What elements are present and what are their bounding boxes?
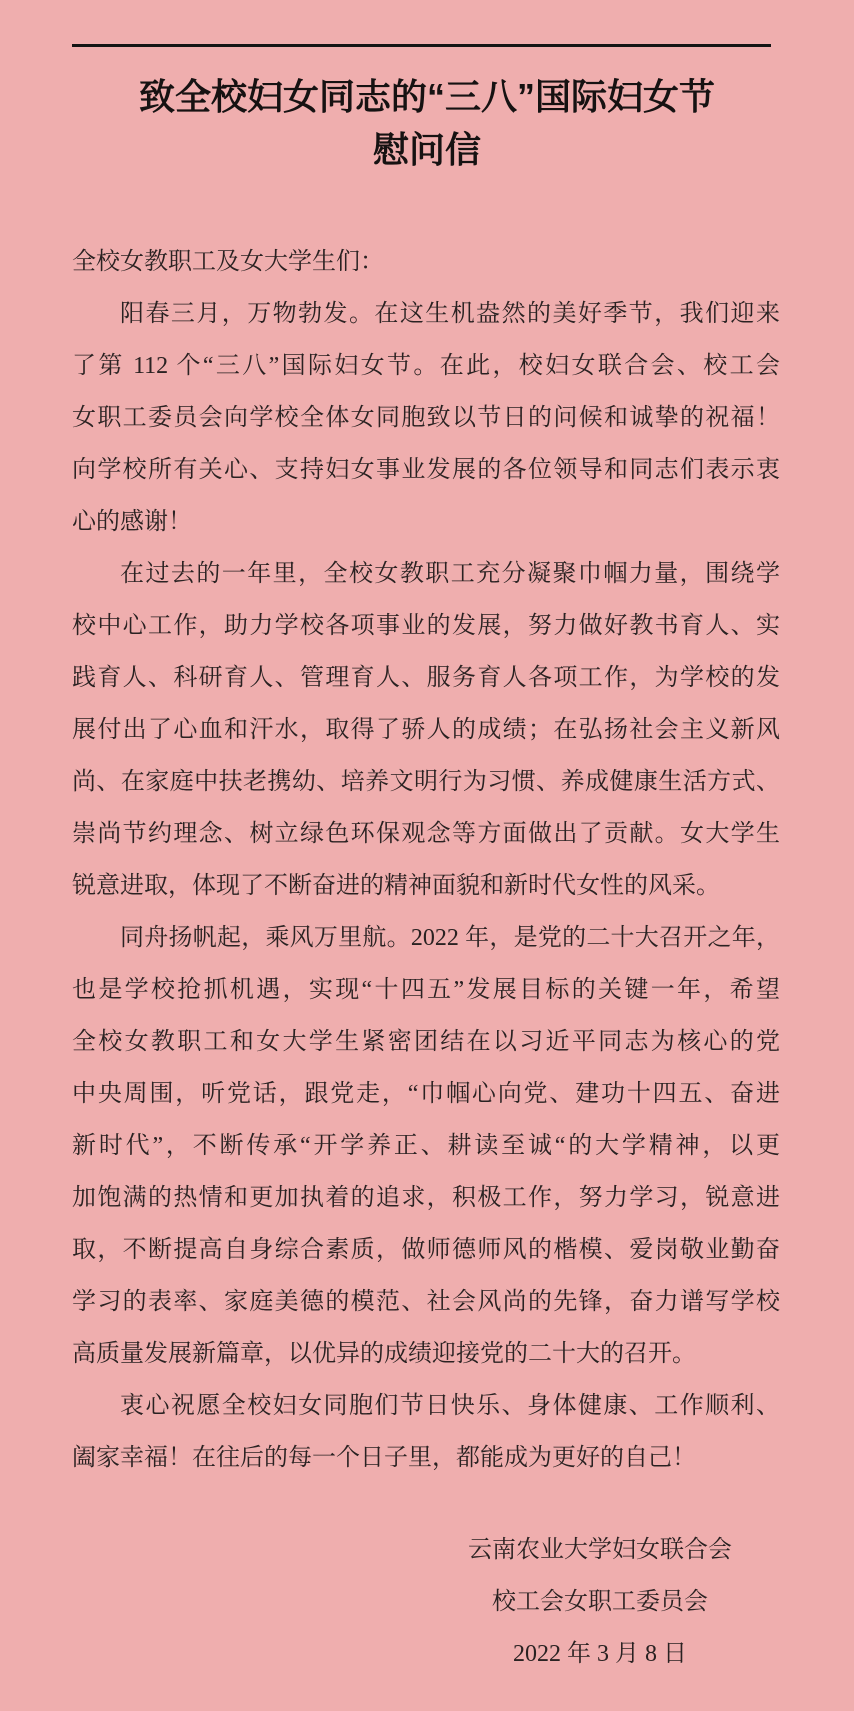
text-line: 心的感谢！ — [72, 496, 780, 548]
text-line: 也是学校抢抓机遇，实现“十四五”发展目标的关键一年，希望 — [72, 964, 780, 1016]
letter-title: 致全校妇女同志的“三八”国际妇女节 慰问信 — [0, 0, 854, 176]
text-line: 阖家幸福！在往后的每一个日子里，都能成为更好的自己！ — [72, 1432, 780, 1484]
text-line: 践育人、科研育人、管理育人、服务育人各项工作，为学校的发 — [72, 652, 780, 704]
text-line: 向学校所有关心、支持妇女事业发展的各位领导和同志们表示衷 — [72, 444, 780, 496]
text-line: 女职工委员会向学校全体女同胞致以节日的问候和诚挚的祝福！ — [72, 392, 780, 444]
letter-document: { "page": { "background_color": "#efaeae… — [0, 0, 854, 1711]
text-line: 学习的表率、家庭美德的模范、社会风尚的先锋，奋力谱写学校 — [72, 1276, 780, 1328]
letter-body: 全校女教职工及女大学生们： 阳春三月，万物勃发。在这生机盎然的美好季节，我们迎来… — [72, 236, 780, 1680]
salutation: 全校女教职工及女大学生们： — [72, 236, 780, 288]
text-line: 衷心祝愿全校妇女同胞们节日快乐、身体健康、工作顺利、 — [72, 1380, 780, 1432]
text-line: 了第 112 个“三八”国际妇女节。在此，校妇女联合会、校工会 — [72, 340, 780, 392]
letter-page: 致全校妇女同志的“三八”国际妇女节 慰问信 全校女教职工及女大学生们： 阳春三月… — [0, 0, 854, 1711]
text-line: 尚、在家庭中扶老携幼、培养文明行为习惯、养成健康生活方式、 — [72, 756, 780, 808]
text-line: 同舟扬帆起，乘风万里航。2022 年，是党的二十大召开之年， — [72, 912, 780, 964]
signature-organization-2: 校工会女职工委员会 — [450, 1576, 750, 1628]
text-line: 全校女教职工和女大学生紧密团结在以习近平同志为核心的党 — [72, 1016, 780, 1068]
text-line: 展付出了心血和汗水，取得了骄人的成绩；在弘扬社会主义新风 — [72, 704, 780, 756]
text-line: 加饱满的热情和更加执着的追求，积极工作，努力学习，锐意进 — [72, 1172, 780, 1224]
signature-date: 2022 年 3 月 8 日 — [450, 1628, 750, 1680]
paragraph-3: 同舟扬帆起，乘风万里航。2022 年，是党的二十大召开之年，也是学校抢抓机遇，实… — [72, 912, 780, 1380]
title-line-1: 致全校妇女同志的“三八”国际妇女节 — [0, 70, 854, 123]
signature-block: 云南农业大学妇女联合会 校工会女职工委员会 2022 年 3 月 8 日 — [450, 1524, 750, 1680]
text-line: 高质量发展新篇章，以优异的成绩迎接党的二十大的召开。 — [72, 1328, 780, 1380]
header-rule — [72, 44, 771, 47]
text-line: 在过去的一年里，全校女教职工充分凝聚巾帼力量，围绕学 — [72, 548, 780, 600]
text-line: 锐意进取，体现了不断奋进的精神面貌和新时代女性的风采。 — [72, 860, 780, 912]
paragraph-4: 衷心祝愿全校妇女同胞们节日快乐、身体健康、工作顺利、阖家幸福！在往后的每一个日子… — [72, 1380, 780, 1484]
title-line-2: 慰问信 — [0, 123, 854, 176]
text-line: 取，不断提高自身综合素质，做师德师风的楷模、爱岗敬业勤奋 — [72, 1224, 780, 1276]
text-line: 中央周围，听党话，跟党走，“巾帼心向党、建功十四五、奋进 — [72, 1068, 780, 1120]
text-line: 阳春三月，万物勃发。在这生机盎然的美好季节，我们迎来 — [72, 288, 780, 340]
text-line: 崇尚节约理念、树立绿色环保观念等方面做出了贡献。女大学生 — [72, 808, 780, 860]
text-line: 新时代”，不断传承“开学养正、耕读至诚“的大学精神，以更 — [72, 1120, 780, 1172]
signature-organization-1: 云南农业大学妇女联合会 — [450, 1524, 750, 1576]
paragraph-1: 阳春三月，万物勃发。在这生机盎然的美好季节，我们迎来了第 112 个“三八”国际… — [72, 288, 780, 548]
text-line: 校中心工作，助力学校各项事业的发展，努力做好教书育人、实 — [72, 600, 780, 652]
paragraph-2: 在过去的一年里，全校女教职工充分凝聚巾帼力量，围绕学校中心工作，助力学校各项事业… — [72, 548, 780, 912]
